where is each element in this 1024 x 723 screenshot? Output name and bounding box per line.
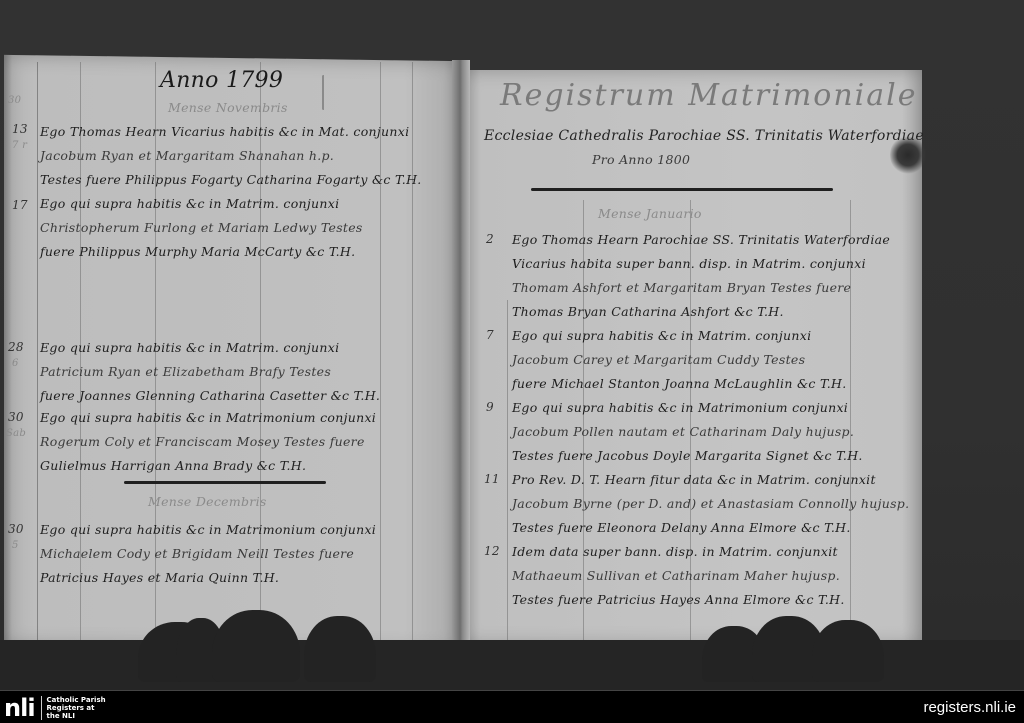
entry-line: Jacobum Carey et Margaritam Cuddy Testes [512,352,805,367]
entry-line: Patricius Hayes et Maria Quinn T.H. [40,570,279,585]
logo-text-line: Registers at [47,704,106,712]
entry-line: Christopherum Furlong et Mariam Ledwy Te… [40,220,363,235]
entry-line: Idem data super bann. disp. in Matrim. c… [512,544,838,559]
entry-line: Vicarius habita super bann. disp. in Mat… [512,256,866,271]
entry-day-note: Sab [6,428,26,439]
entry-line: fuere Joannes Glenning Catharina Casette… [40,388,380,403]
entry-day: 12 [484,544,500,558]
entry-line: Ego qui supra habitis &c in Matrimonium … [40,522,376,537]
entry-line: Ego qui supra habitis &c in Matrim. conj… [512,328,811,343]
entry-line: Ego Thomas Hearn Parochiae SS. Trinitati… [512,232,890,247]
register-subtitle: Ecclesiae Cathedralis Parochiae SS. Trin… [484,128,924,144]
corner-note: 30 [8,95,21,106]
month-heading: Mense Januario [598,206,702,221]
site-url-link[interactable]: registers.nli.ie [923,699,1024,716]
section-divider [124,481,326,484]
entry-day: 28 [8,340,24,354]
entry-day: 17 [12,198,28,212]
entry-day-note: 5 [12,540,19,551]
book-weight [304,616,376,682]
entry-line: Ego Thomas Hearn Vicarius habitis &c in … [40,124,409,139]
entry-day: 2 [486,232,494,246]
left-page-header: Anno 1799 [160,68,283,93]
entry-line: Jacobum Pollen nautam et Catharinam Daly… [512,424,854,439]
entry-day: 13 [12,122,28,136]
logo-text: Catholic Parish Registers at the NLI [47,696,106,720]
entry-line: Jacobum Byrne (per D. and) et Anastasiam… [512,496,909,511]
entry-day: 30 [8,522,24,536]
logo-text-line: Catholic Parish [47,696,106,704]
book-gutter [452,60,470,650]
entry-line: Ego qui supra habitis &c in Matrimonium … [512,400,848,415]
ink-stain [890,135,926,175]
entry-line: Ego qui supra habitis &c in Matrim. conj… [40,340,339,355]
entry-day-note: 7 r [12,140,27,151]
register-title: Registrum Matrimoniale [500,78,918,113]
logo-text-line: the NLI [47,712,106,720]
entry-line: Pro Rev. D. T. Hearn fitur data &c in Ma… [512,472,876,487]
entry-line: Thomam Ashfort et Margaritam Bryan Teste… [512,280,851,295]
brace-mark [322,75,325,110]
entry-day: 9 [486,400,494,414]
entry-day: 30 [8,410,24,424]
entry-line: Gulielmus Harrigan Anna Brady &c T.H. [40,458,306,473]
entry-day: 7 [486,328,494,342]
section-divider [531,188,833,191]
entry-line: Testes fuere Jacobus Doyle Margarita Sig… [512,448,863,463]
entry-line: Thomas Bryan Catharina Ashfort &c T.H. [512,304,784,319]
entry-line: fuere Philippus Murphy Maria McCarty &c … [40,244,355,259]
logo-divider [41,696,42,720]
entry-day: 11 [484,472,500,486]
entry-line: Jacobum Ryan et Margaritam Shanahan h.p. [40,148,334,163]
page-rule [412,62,413,642]
month-heading: Mense Novembris [168,100,288,115]
entry-line: Michaelem Cody et Brigidam Neill Testes … [40,546,354,561]
book-weight [812,620,884,682]
nli-logo-mark: nli [4,696,35,720]
left-margin-rule [37,62,38,647]
book-weight [212,610,300,682]
entry-line: Testes fuere Philippus Fogarty Catharina… [40,172,422,187]
register-image-viewer[interactable]: 30 Anno 1799 Mense Novembris 13 7 r Ego … [0,0,1024,690]
entry-line: Mathaeum Sullivan et Catharinam Maher hu… [512,568,840,583]
entry-line: Testes fuere Eleonora Delany Anna Elmore… [512,520,851,535]
entry-line: Ego qui supra habitis &c in Matrimonium … [40,410,376,425]
entry-day-note: 6 [12,358,19,369]
entry-line: fuere Michael Stanton Joanna McLaughlin … [512,376,847,391]
month-heading: Mense Decembris [148,494,267,509]
entry-line: Rogerum Coly et Franciscam Mosey Testes … [40,434,365,449]
nli-logo[interactable]: nli Catholic Parish Registers at the NLI [0,691,106,723]
page-rule [380,62,381,642]
page-rule [507,300,508,640]
register-year: Pro Anno 1800 [592,152,690,167]
entry-line: Patricium Ryan et Elizabetham Brafy Test… [40,364,331,379]
entry-line: Testes fuere Patricius Hayes Anna Elmore… [512,592,845,607]
site-footer: nli Catholic Parish Registers at the NLI… [0,690,1024,723]
entry-line: Ego qui supra habitis &c in Matrim. conj… [40,196,339,211]
